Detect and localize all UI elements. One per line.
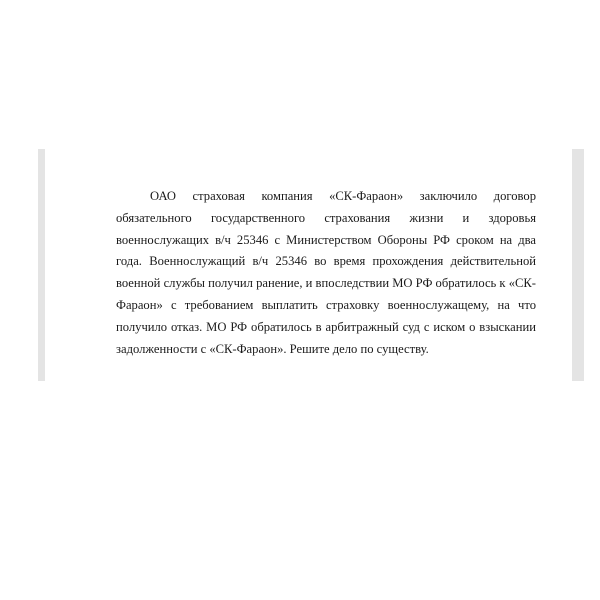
right-margin-bar [572, 149, 584, 381]
case-paragraph: ОАО страховая компания «СК-Фараон» заклю… [116, 186, 536, 360]
left-margin-bar [38, 149, 45, 381]
document-page: ОАО страховая компания «СК-Фараон» заклю… [0, 0, 600, 600]
